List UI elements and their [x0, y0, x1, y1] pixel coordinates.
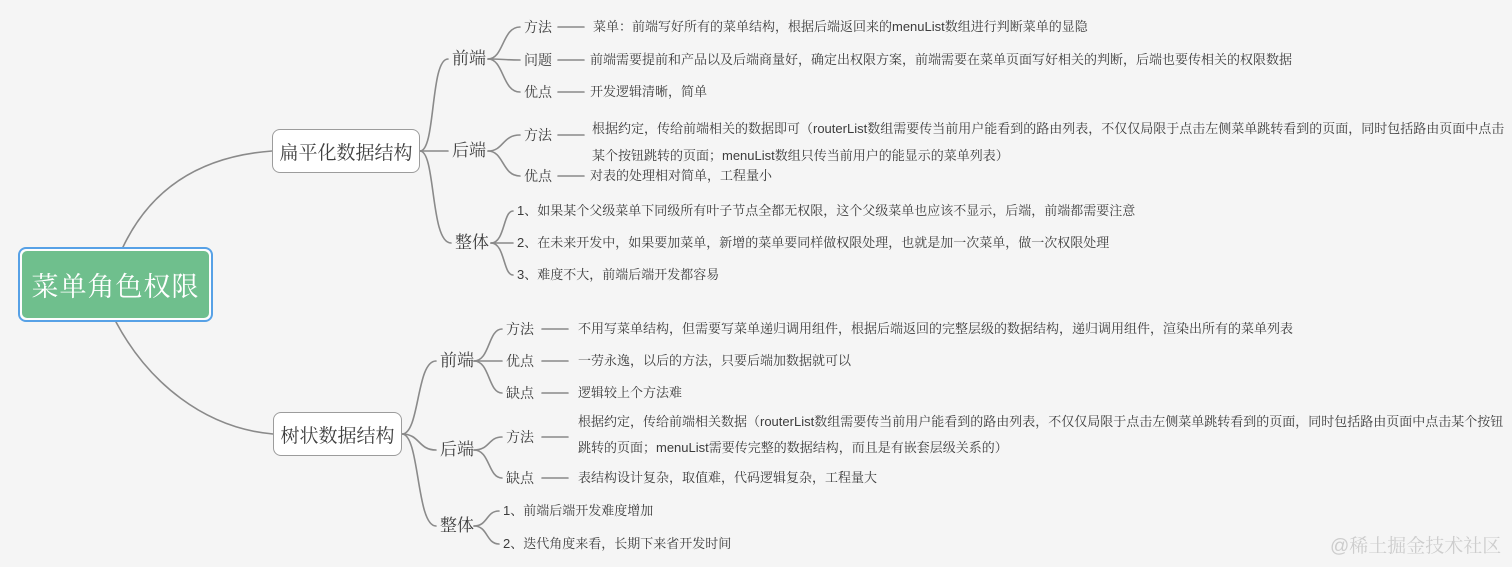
flat-frontend-method-text[interactable]: 菜单：前端写好所有的菜单结构，根据后端返回来的menuList数组进行判断菜单的…: [593, 18, 1088, 36]
tree-frontend-method-label[interactable]: 方法: [506, 319, 534, 339]
tree-backend-method-label[interactable]: 方法: [506, 427, 534, 447]
tree-frontend-pro-text[interactable]: 一劳永逸，以后的方法，只要后端加数据就可以: [578, 352, 851, 370]
tree-backend-con-label[interactable]: 缺点: [506, 468, 534, 488]
flat-frontend-pro-label[interactable]: 优点: [524, 82, 552, 102]
flat-backend-method-label[interactable]: 方法: [524, 125, 552, 145]
tree-overall-item-1[interactable]: 1、前端后端开发难度增加: [503, 502, 653, 520]
flat-overall-item-1[interactable]: 1、如果某个父级菜单下同级所有叶子节点全都无权限，这个父级菜单也应该不显示，后端…: [517, 202, 1135, 220]
flat-frontend-issue-text[interactable]: 前端需要提前和产品以及后端商量好，确定出权限方案，前端需要在菜单页面写好相关的判…: [590, 51, 1292, 69]
branch-node-tree[interactable]: 树状数据结构: [273, 412, 402, 456]
tree-overall-item-2[interactable]: 2、迭代角度来看，长期下来省开发时间: [503, 535, 731, 553]
flat-frontend-pro-text[interactable]: 开发逻辑清晰，简单: [590, 83, 707, 101]
branch-node-flat[interactable]: 扁平化数据结构: [272, 129, 420, 173]
root-node-selection-frame[interactable]: 菜单角色权限: [18, 247, 213, 322]
flat-frontend-method-label[interactable]: 方法: [524, 17, 552, 37]
flat-backend-pro-text[interactable]: 对表的处理相对简单，工程量小: [590, 167, 772, 185]
flat-frontend-issue-label[interactable]: 问题: [524, 50, 552, 70]
tree-backend-label[interactable]: 后端: [440, 438, 474, 462]
tree-frontend-method-text[interactable]: 不用写菜单结构，但需要写菜单递归调用组件，根据后端返回的完整层级的数据结构，递归…: [578, 320, 1293, 338]
flat-overall-item-2[interactable]: 2、在未来开发中，如果要加菜单，新增的菜单要同样做权限处理，也就是加一次菜单，做…: [517, 234, 1109, 252]
tree-frontend-pro-label[interactable]: 优点: [506, 351, 534, 371]
mindmap-canvas[interactable]: 菜单角色权限 扁平化数据结构 前端 方法 菜单：前端写好所有的菜单结构，根据后端…: [0, 0, 1512, 567]
tree-backend-con-text[interactable]: 表结构设计复杂，取值难，代码逻辑复杂，工程量大: [578, 469, 877, 487]
flat-backend-pro-label[interactable]: 优点: [524, 166, 552, 186]
flat-overall-label[interactable]: 整体: [455, 231, 489, 255]
flat-backend-label[interactable]: 后端: [452, 139, 486, 163]
juejin-watermark: @稀土掘金技术社区: [1330, 531, 1501, 558]
tree-frontend-con-label[interactable]: 缺点: [506, 383, 534, 403]
root-node[interactable]: 菜单角色权限: [22, 251, 209, 318]
tree-frontend-con-text[interactable]: 逻辑较上个方法难: [578, 384, 682, 402]
flat-overall-item-3[interactable]: 3、难度不大，前端后端开发都容易: [517, 266, 719, 284]
tree-backend-method-text[interactable]: 根据约定，传给前端相关数据（routerList数组需要传当前用户能看到的路由列…: [578, 409, 1510, 461]
flat-frontend-label[interactable]: 前端: [452, 47, 486, 71]
tree-overall-label[interactable]: 整体: [440, 514, 474, 538]
tree-frontend-label[interactable]: 前端: [440, 349, 474, 373]
flat-backend-method-text[interactable]: 根据约定，传给前端相关的数据即可（routerList数组需要传当前用户能看到的…: [592, 115, 1511, 169]
